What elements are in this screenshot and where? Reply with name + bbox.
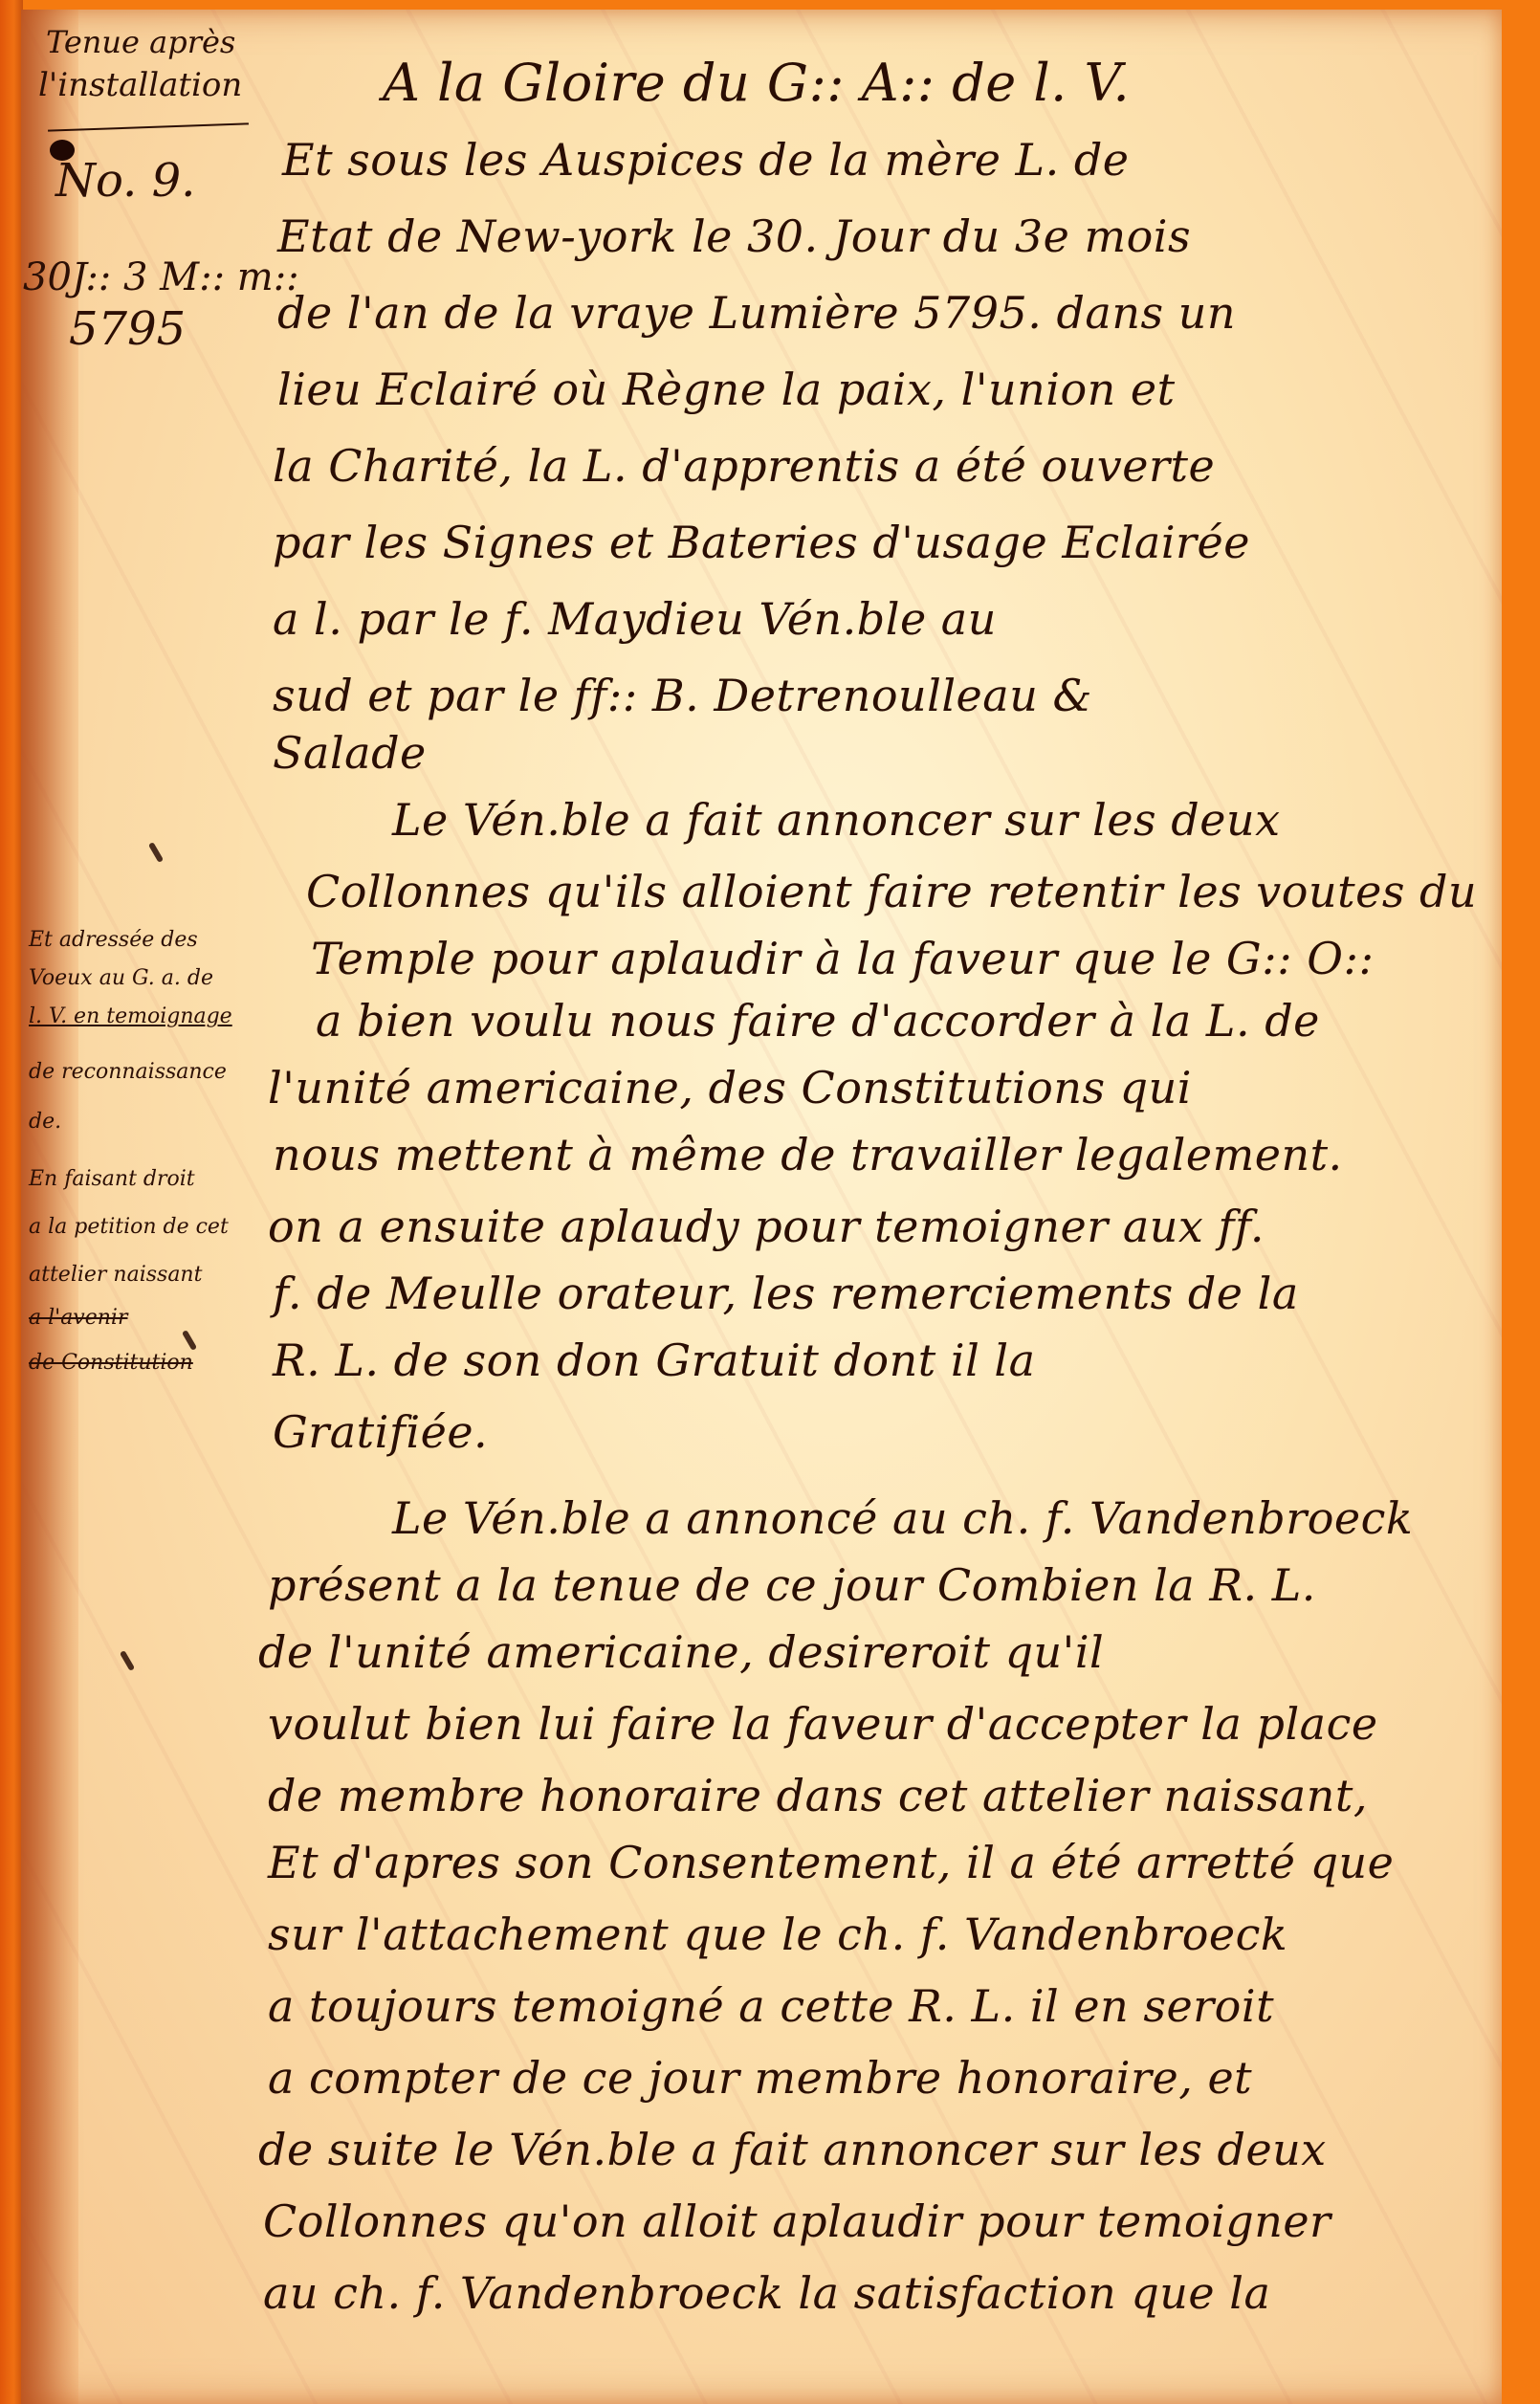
text-line: par les Signes et Bateries d'usage Eclai… bbox=[273, 517, 1250, 568]
text-line: de l'unité americaine, desireroit qu'il bbox=[258, 1626, 1104, 1678]
margin-note-line: a la petition de cet bbox=[29, 1215, 229, 1239]
text-line: a toujours temoigné a cette R. L. il en … bbox=[268, 1980, 1274, 2032]
text-line: Temple pour aplaudir à la faveur que le … bbox=[311, 933, 1375, 984]
text-line: a bien voulu nous faire d'accorder à la … bbox=[316, 995, 1320, 1047]
margin-note-line: de. bbox=[29, 1110, 61, 1134]
text-line: Le Vén.ble a annoncé au ch. f. Vandenbro… bbox=[392, 1492, 1413, 1544]
margin-note-line: de Constitution bbox=[29, 1351, 193, 1375]
text-line: de l'an de la vraye Lumière 5795. dans u… bbox=[277, 287, 1236, 339]
text-line: l'unité americaine, des Constitutions qu… bbox=[268, 1062, 1192, 1114]
margin-note-line: a l'avenir bbox=[29, 1306, 127, 1330]
text-line: R. L. de son don Gratuit dont il la bbox=[273, 1334, 1036, 1386]
margin-note-line: Voeux au G. a. de bbox=[29, 966, 213, 990]
text-line: a compter de ce jour membre honoraire, e… bbox=[268, 2052, 1252, 2104]
text-line: sur l'attachement que le ch. f. Vandenbr… bbox=[268, 1908, 1287, 1960]
margin-note-line: En faisant droit bbox=[29, 1167, 195, 1191]
text-line: au ch. f. Vandenbroeck la satisfaction q… bbox=[263, 2267, 1270, 2319]
text-line: de suite le Vén.ble a fait annoncer sur … bbox=[258, 2124, 1327, 2175]
entry-number: No. 9. bbox=[55, 158, 195, 204]
text-line: présent a la tenue de ce jour Combien la… bbox=[268, 1559, 1316, 1611]
text-line: de membre honoraire dans cet attelier na… bbox=[268, 1770, 1368, 1821]
margin-header-line2: l'installation bbox=[38, 69, 242, 101]
text-line: voulut bien lui faire la faveur d'accept… bbox=[268, 1698, 1378, 1750]
text-line: f. de Meulle orateur, les remerciements … bbox=[273, 1268, 1299, 1319]
text-line: Collonnes qu'on alloit aplaudir pour tem… bbox=[263, 2195, 1331, 2247]
margin-header-line1: Tenue après bbox=[46, 27, 235, 57]
text-line: a l. par le f. Maydieu Vén.ble au bbox=[273, 593, 997, 645]
margin-date-year: 5795 bbox=[69, 306, 186, 352]
gutter-shadow bbox=[21, 10, 78, 2404]
margin-note-line: Et adressée des bbox=[29, 928, 198, 952]
text-line: la Charité, la L. d'apprentis a été ouve… bbox=[273, 440, 1215, 492]
text-line: on a ensuite aplaudy pour temoigner aux … bbox=[268, 1201, 1265, 1252]
text-line: Le Vén.ble a fait annoncer sur les deux bbox=[392, 794, 1281, 846]
text-line: Et sous les Auspices de la mère L. de bbox=[282, 134, 1130, 186]
margin-note-line: attelier naissant bbox=[29, 1263, 202, 1287]
text-line: Et d'apres son Consentement, il a été ar… bbox=[268, 1837, 1394, 1888]
text-line: Gratifiée. bbox=[273, 1406, 488, 1458]
text-line: nous mettent à même de travailler legale… bbox=[273, 1129, 1343, 1180]
text-line: Collonnes qu'ils alloient faire retentir… bbox=[306, 866, 1477, 917]
text-line: sud et par le ff:: B. Detrenoulleau & bbox=[273, 670, 1092, 721]
text-line: Etat de New-york le 30. Jour du 3e mois bbox=[277, 210, 1191, 262]
book-binding-edge bbox=[0, 0, 23, 2404]
margin-date-line1: 30J:: 3 M:: m:: bbox=[23, 258, 299, 297]
margin-note-line: l. V. en temoignage bbox=[29, 1004, 232, 1028]
text-line: lieu Eclairé où Règne la paix, l'union e… bbox=[277, 364, 1176, 415]
margin-note-line: de reconnaissance bbox=[29, 1060, 227, 1084]
text-line: Salade bbox=[273, 727, 427, 779]
invocation-line: A la Gloire du G:: A:: de l. V. bbox=[383, 53, 1130, 113]
